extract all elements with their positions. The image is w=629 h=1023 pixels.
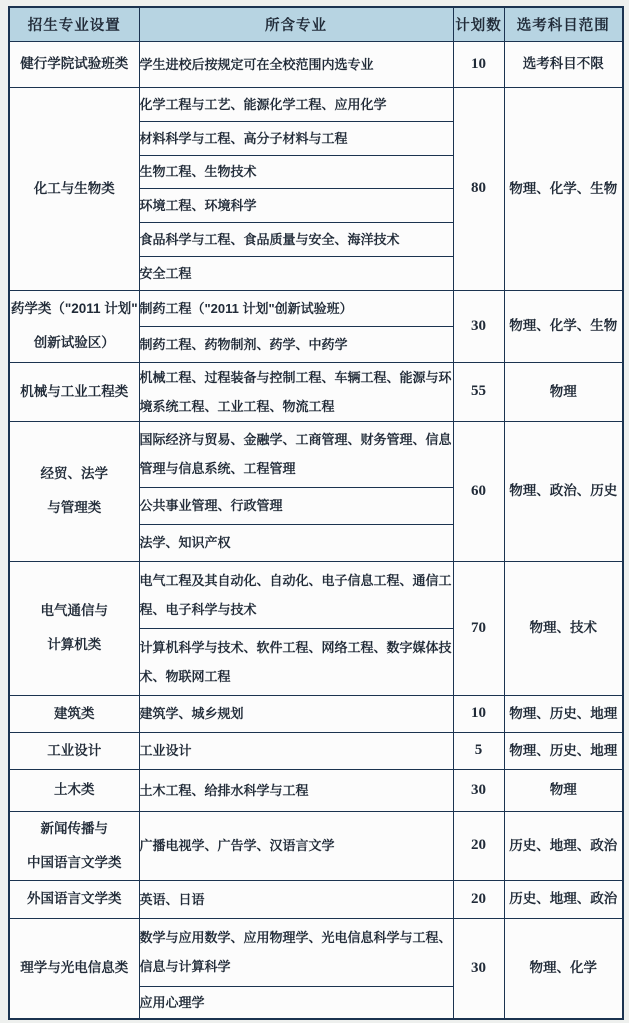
category-cell: 理学与光电信息类 xyxy=(9,918,139,1019)
plan-count-cell: 60 xyxy=(453,421,504,561)
plan-count-cell: 80 xyxy=(453,87,504,290)
majors-cell: 安全工程 xyxy=(139,256,453,290)
plan-count-cell: 10 xyxy=(453,41,504,87)
plan-count-cell: 20 xyxy=(453,811,504,880)
subjects-cell: 历史、地理、政治 xyxy=(504,811,623,880)
plan-count-cell: 30 xyxy=(453,290,504,362)
majors-cell: 广播电视学、广告学、汉语言文学 xyxy=(139,811,453,880)
majors-cell: 食品科学与工程、食品质量与安全、海洋技术 xyxy=(139,222,453,256)
category-cell: 健行学院试验班类 xyxy=(9,41,139,87)
plan-count-cell: 30 xyxy=(453,769,504,811)
table-row: 土木类 土木工程、给排水科学与工程 30 物理 xyxy=(9,769,623,811)
majors-cell: 公共事业管理、行政管理 xyxy=(139,487,453,524)
category-cell: 药学类（"2011 计划" 创新试验区） xyxy=(9,290,139,362)
table-header-row: 招生专业设置 所含专业 计划数 选考科目范围 xyxy=(9,7,623,41)
table-row: 药学类（"2011 计划" 创新试验区） 制药工程（"2011 计划"创新试验班… xyxy=(9,290,623,326)
majors-cell: 机械工程、过程装备与控制工程、车辆工程、能源与环境系统工程、工业工程、物流工程 xyxy=(139,362,453,421)
majors-cell: 制药工程（"2011 计划"创新试验班） xyxy=(139,290,453,326)
table-row: 外国语言文学类 英语、日语 20 历史、地理、政治 xyxy=(9,880,623,918)
category-cell: 建筑类 xyxy=(9,695,139,732)
majors-cell: 国际经济与贸易、金融学、工商管理、财务管理、信息管理与信息系统、工程管理 xyxy=(139,421,453,487)
header-majors: 所含专业 xyxy=(139,7,453,41)
plan-count-cell: 5 xyxy=(453,732,504,769)
majors-cell: 数学与应用数学、应用物理学、光电信息科学与工程、信息与计算科学 xyxy=(139,918,453,986)
majors-cell: 法学、知识产权 xyxy=(139,524,453,561)
header-category: 招生专业设置 xyxy=(9,7,139,41)
majors-cell: 英语、日语 xyxy=(139,880,453,918)
table-row: 化工与生物类 化学工程与工艺、能源化学工程、应用化学 80 物理、化学、生物 xyxy=(9,87,623,121)
subjects-cell: 物理 xyxy=(504,362,623,421)
admissions-majors-table: 招生专业设置 所含专业 计划数 选考科目范围 健行学院试验班类 学生进校后按规定… xyxy=(8,6,624,1020)
subjects-cell: 物理、化学 xyxy=(504,918,623,1019)
table-row: 新闻传播与 中国语言文学类 广播电视学、广告学、汉语言文学 20 历史、地理、政… xyxy=(9,811,623,880)
majors-cell: 化学工程与工艺、能源化学工程、应用化学 xyxy=(139,87,453,121)
majors-cell: 土木工程、给排水科学与工程 xyxy=(139,769,453,811)
plan-count-cell: 30 xyxy=(453,918,504,1019)
table-row: 工业设计 工业设计 5 物理、历史、地理 xyxy=(9,732,623,769)
subjects-cell: 物理、技术 xyxy=(504,561,623,695)
majors-cell: 制药工程、药物制剂、药学、中药学 xyxy=(139,326,453,362)
category-cell: 土木类 xyxy=(9,769,139,811)
category-cell: 外国语言文学类 xyxy=(9,880,139,918)
admissions-table-container: 招生专业设置 所含专业 计划数 选考科目范围 健行学院试验班类 学生进校后按规定… xyxy=(8,6,622,1020)
subjects-cell: 物理、政治、历史 xyxy=(504,421,623,561)
category-cell: 工业设计 xyxy=(9,732,139,769)
category-cell: 电气通信与 计算机类 xyxy=(9,561,139,695)
subjects-cell: 物理 xyxy=(504,769,623,811)
category-cell: 化工与生物类 xyxy=(9,87,139,290)
header-subjects: 选考科目范围 xyxy=(504,7,623,41)
subjects-cell: 历史、地理、政治 xyxy=(504,880,623,918)
subjects-cell: 物理、化学、生物 xyxy=(504,87,623,290)
plan-count-cell: 70 xyxy=(453,561,504,695)
majors-cell: 生物工程、生物技术 xyxy=(139,155,453,188)
table-row: 理学与光电信息类 数学与应用数学、应用物理学、光电信息科学与工程、信息与计算科学… xyxy=(9,918,623,986)
header-plan-count: 计划数 xyxy=(453,7,504,41)
plan-count-cell: 20 xyxy=(453,880,504,918)
subjects-cell: 物理、历史、地理 xyxy=(504,695,623,732)
category-cell: 经贸、法学 与管理类 xyxy=(9,421,139,561)
majors-cell: 建筑学、城乡规划 xyxy=(139,695,453,732)
subjects-cell: 物理、化学、生物 xyxy=(504,290,623,362)
table-row: 电气通信与 计算机类 电气工程及其自动化、自动化、电子信息工程、通信工程、电子科… xyxy=(9,561,623,628)
subjects-cell: 物理、历史、地理 xyxy=(504,732,623,769)
majors-cell: 计算机科学与技术、软件工程、网络工程、数字媒体技术、物联网工程 xyxy=(139,628,453,695)
majors-cell: 应用心理学 xyxy=(139,986,453,1019)
majors-cell: 工业设计 xyxy=(139,732,453,769)
subjects-cell: 选考科目不限 xyxy=(504,41,623,87)
majors-cell: 学生进校后按规定可在全校范围内选专业 xyxy=(139,41,453,87)
plan-count-cell: 10 xyxy=(453,695,504,732)
category-cell: 新闻传播与 中国语言文学类 xyxy=(9,811,139,880)
category-cell: 机械与工业工程类 xyxy=(9,362,139,421)
majors-cell: 材料科学与工程、高分子材料与工程 xyxy=(139,121,453,155)
table-row: 健行学院试验班类 学生进校后按规定可在全校范围内选专业 10 选考科目不限 xyxy=(9,41,623,87)
table-row: 机械与工业工程类 机械工程、过程装备与控制工程、车辆工程、能源与环境系统工程、工… xyxy=(9,362,623,421)
majors-cell: 电气工程及其自动化、自动化、电子信息工程、通信工程、电子科学与技术 xyxy=(139,561,453,628)
table-row: 经贸、法学 与管理类 国际经济与贸易、金融学、工商管理、财务管理、信息管理与信息… xyxy=(9,421,623,487)
majors-cell: 环境工程、环境科学 xyxy=(139,188,453,222)
table-row: 建筑类 建筑学、城乡规划 10 物理、历史、地理 xyxy=(9,695,623,732)
plan-count-cell: 55 xyxy=(453,362,504,421)
